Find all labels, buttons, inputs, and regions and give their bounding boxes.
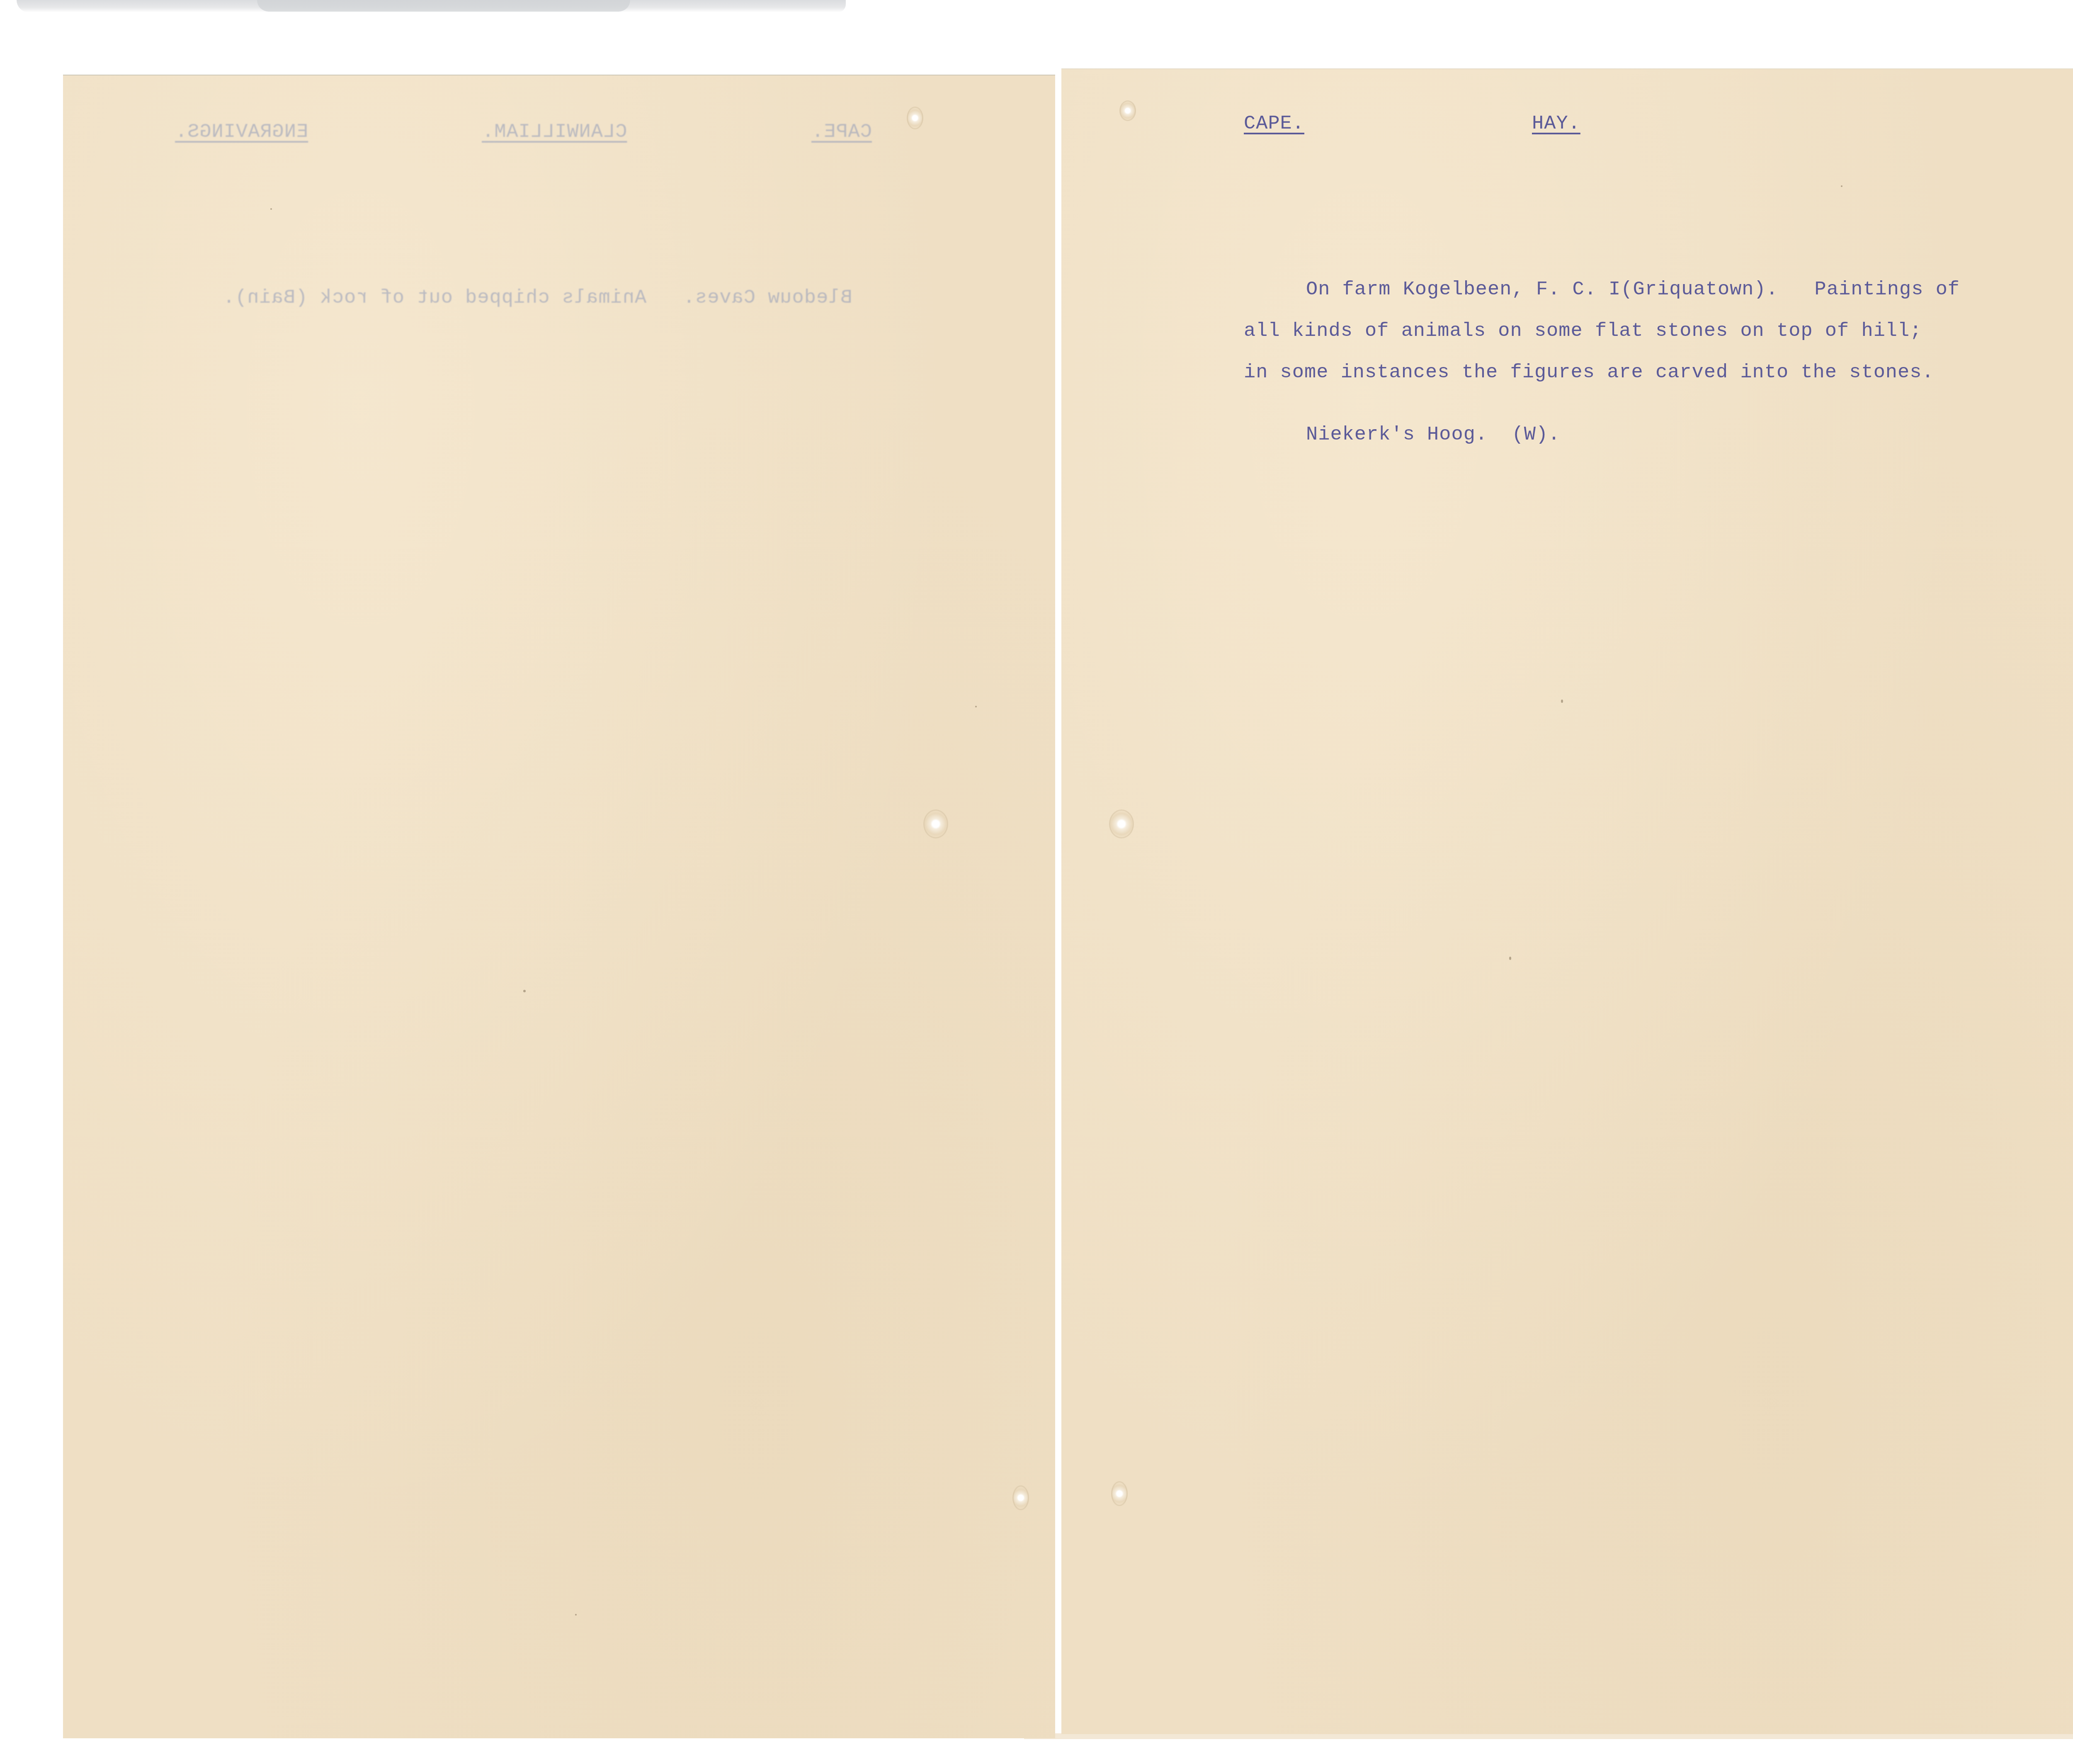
- paper-speck: [1509, 957, 1511, 960]
- punch-hole-bottom: [1012, 1485, 1029, 1510]
- punch-hole-top: [907, 107, 923, 129]
- entry-1-line-3: in some instances the figures are carved…: [1244, 362, 1934, 384]
- right-page: CAPE. HAY. On farm Kogelbeen, F. C. I(Gr…: [1061, 68, 2073, 1734]
- heading-district: HAY.: [1532, 113, 1580, 135]
- ghost-heading-district: CLANWILLIAM.: [482, 121, 627, 143]
- paper-speck: [1841, 185, 1842, 187]
- paper-speck: [270, 208, 272, 210]
- paper-speck: [975, 706, 977, 707]
- ghost-heading-category: ENGRAVINGS.: [175, 121, 308, 143]
- entry-1-line-2: all kinds of animals on some flat stones…: [1244, 320, 1922, 342]
- heading-region: CAPE.: [1244, 113, 1304, 135]
- paper-speck: [1561, 700, 1563, 703]
- punch-hole-top: [1119, 100, 1136, 121]
- scanner-edge-shadow-2: [257, 0, 630, 12]
- punch-hole-middle: [1109, 809, 1134, 838]
- left-page: ENGRAVINGS. CLANWILLIAM. CAPE. Bledouw C…: [63, 75, 1055, 1738]
- paper-speck: [575, 1614, 577, 1616]
- entry-1-line-1: On farm Kogelbeen, F. C. I(Griquatown). …: [1306, 279, 1960, 301]
- punch-hole-bottom: [1111, 1481, 1128, 1506]
- underlying-sheet-edge: [1024, 1733, 2073, 1739]
- ghost-heading-region: CAPE.: [811, 121, 872, 143]
- entry-2: Niekerk's Hoog. (W).: [1306, 424, 1560, 446]
- ghost-entry: Bledouw Caves. Animals chipped out of ro…: [223, 287, 852, 309]
- paper-speck: [523, 990, 526, 992]
- punch-hole-middle: [923, 809, 948, 838]
